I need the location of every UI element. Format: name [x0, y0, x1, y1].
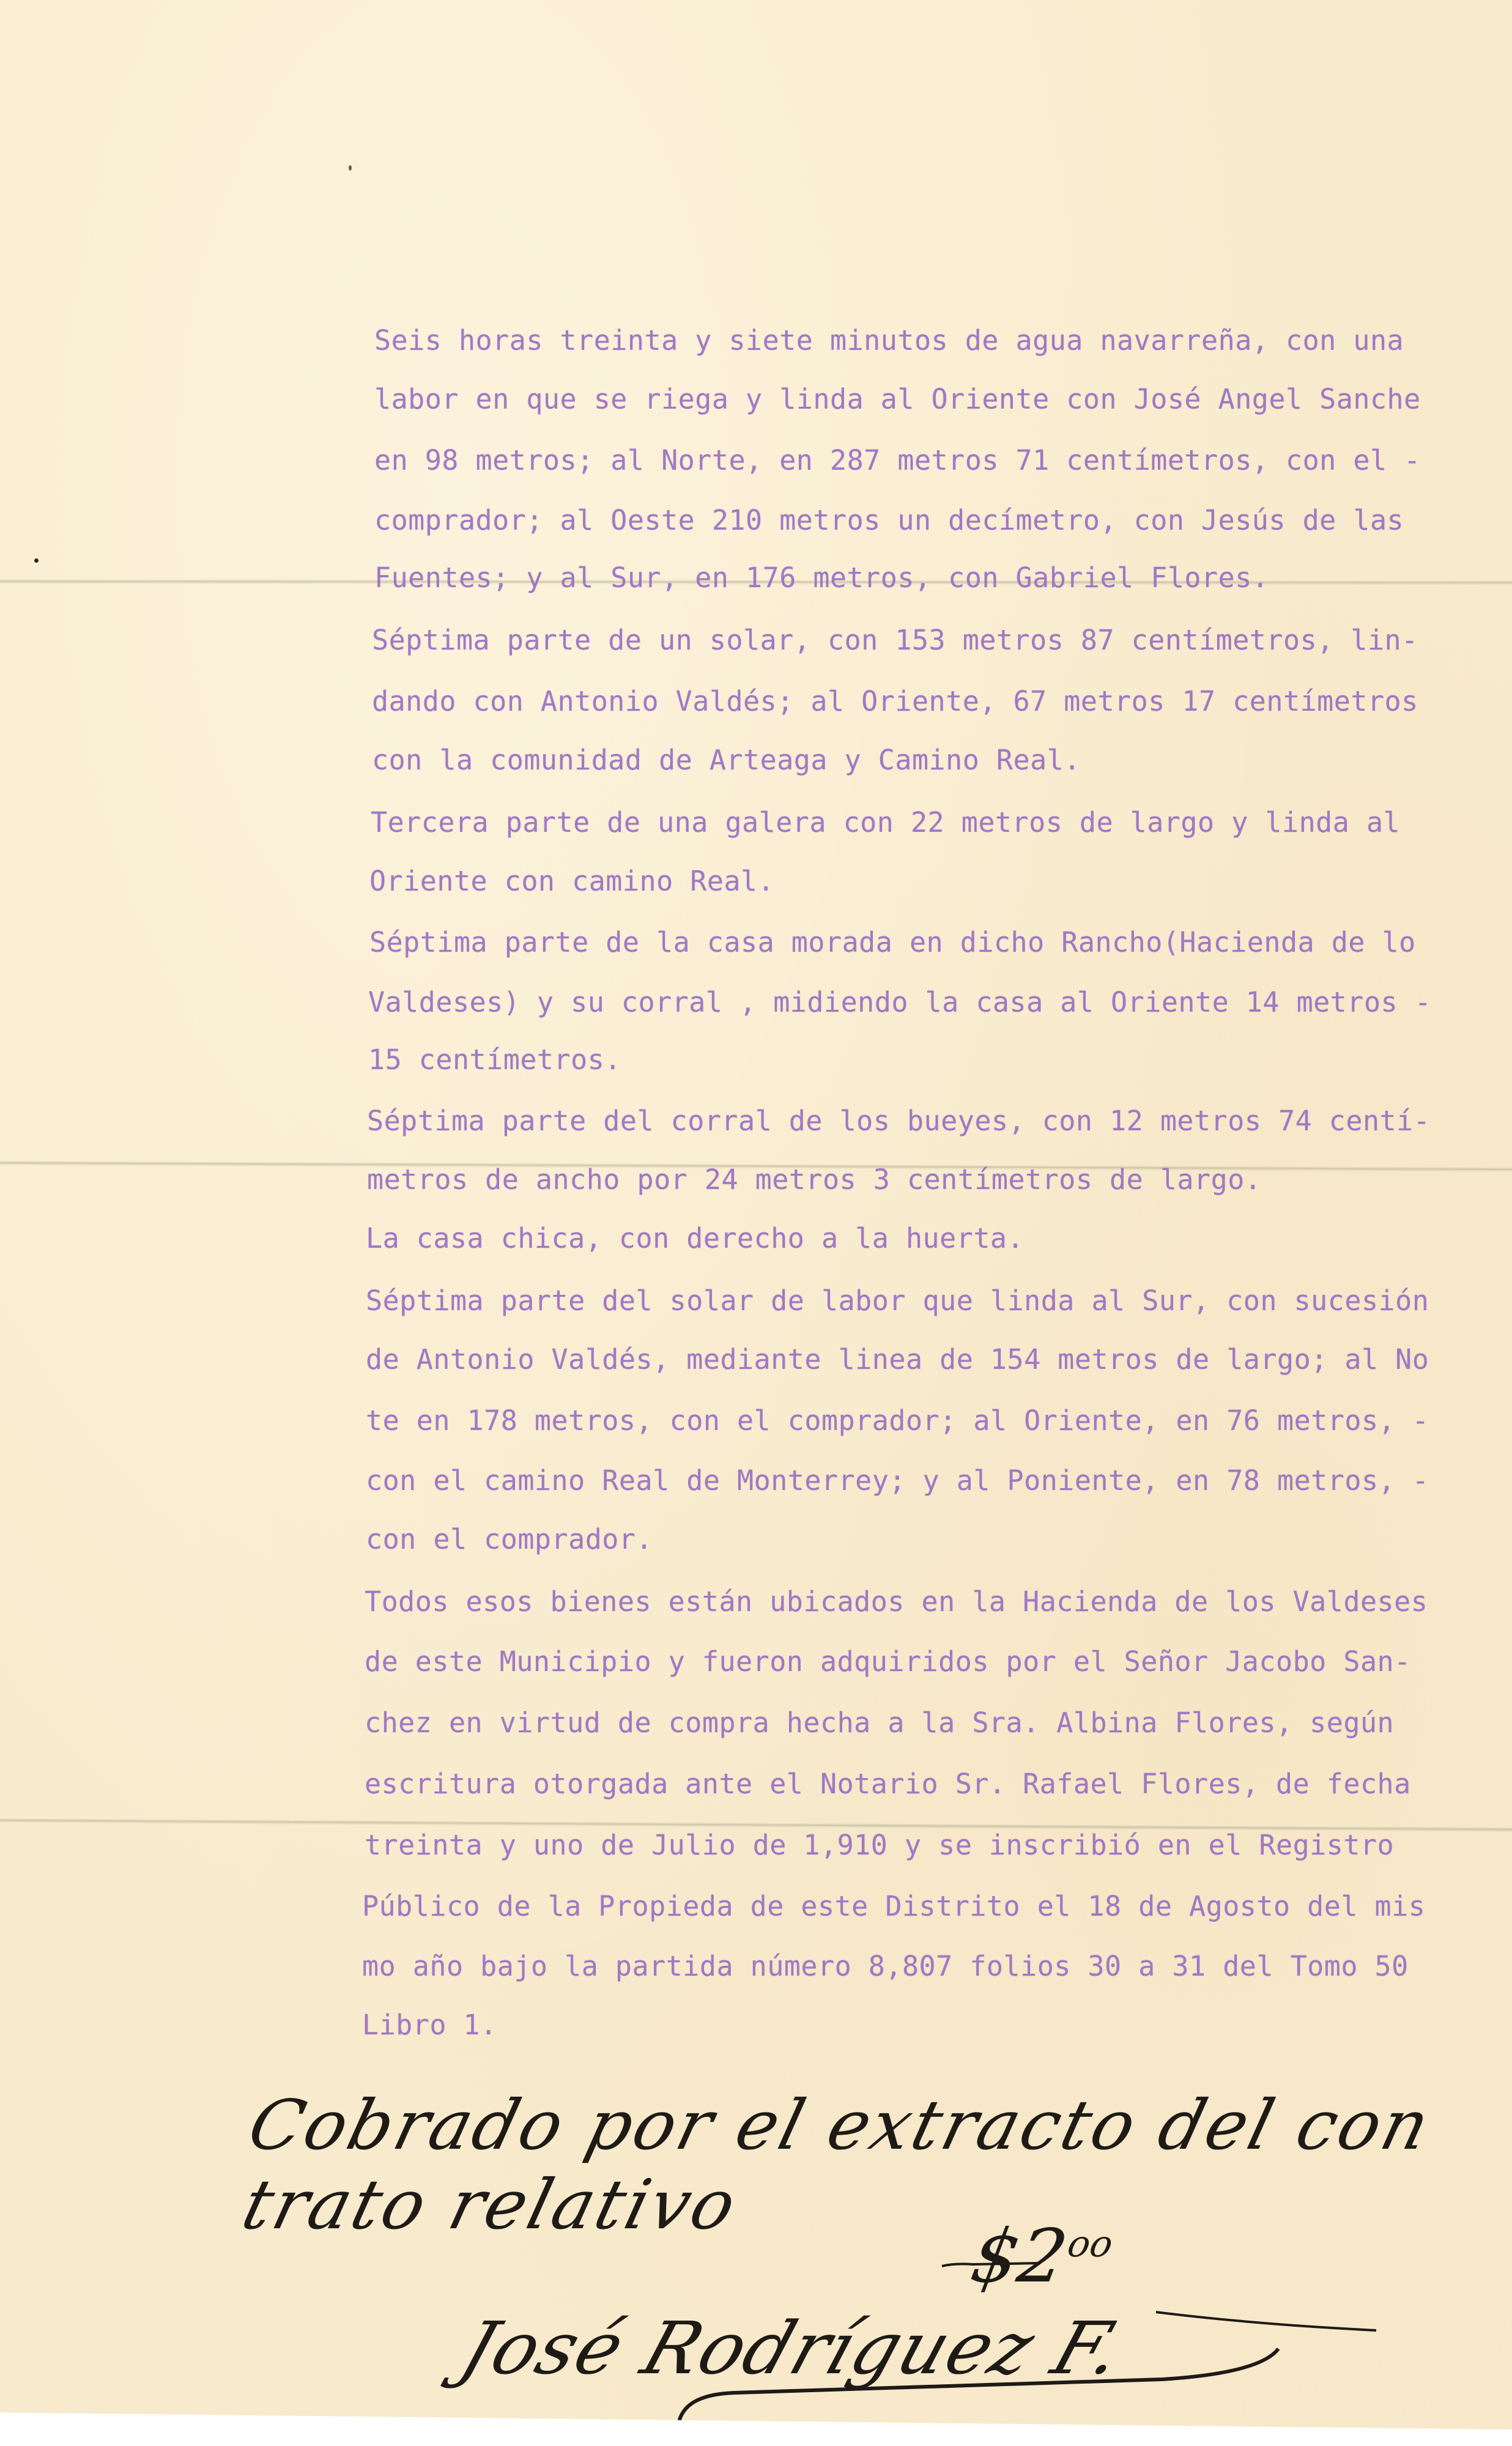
- dash-stroke: [942, 2263, 1040, 2266]
- amount-underline: [1156, 2312, 1376, 2330]
- signature-flourish: [679, 2349, 1278, 2422]
- handwriting-underlines: [0, 0, 1512, 2446]
- paper-sheet: Seis horas treinta y siete minutos de ag…: [0, 0, 1512, 2429]
